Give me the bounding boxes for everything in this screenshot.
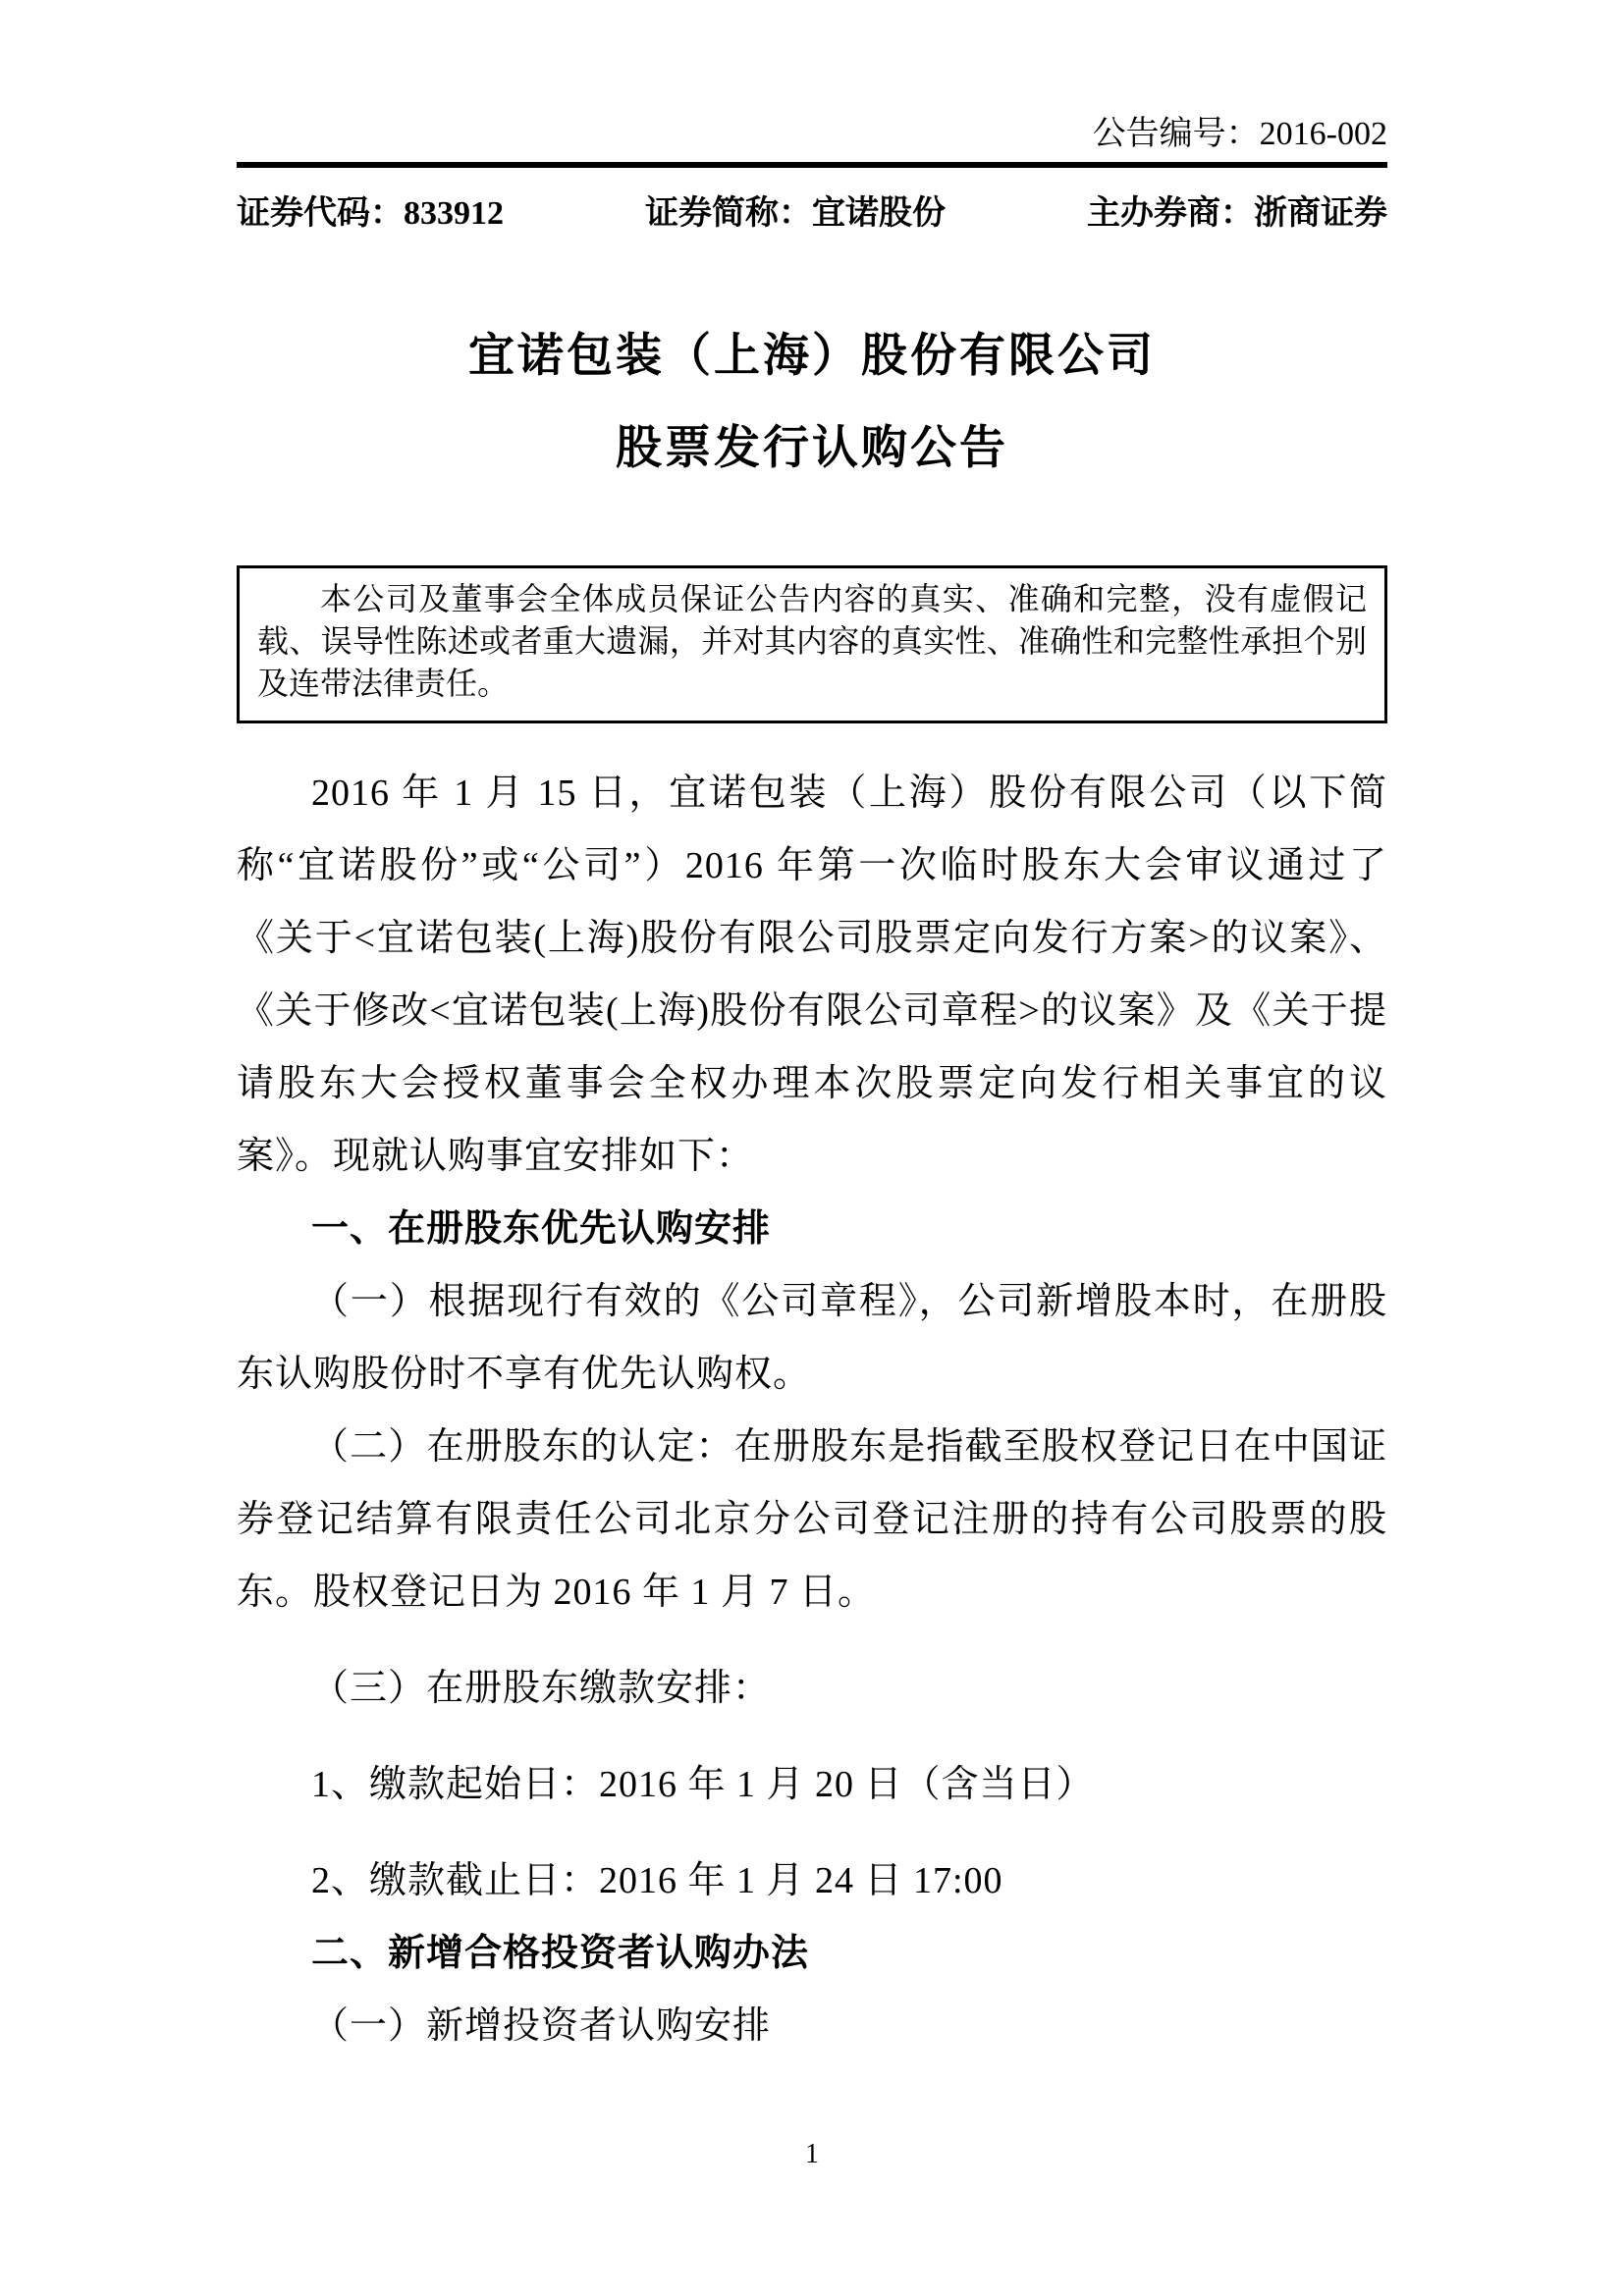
section-1-item-1: （一）根据现行有效的《公司章程》，公司新增股本时，在册股东认购股份时不享有优先认… — [237, 1265, 1387, 1411]
payment-start-date-line: 1、缴款起始日：2016 年 1 月 20 日（含当日） — [237, 1748, 1387, 1821]
announcement-number: 公告编号：2016-002 — [237, 0, 1387, 156]
section-1-item-3: （三）在册股东缴款安排： — [237, 1652, 1387, 1725]
company-name-title: 宜诺包装（上海）股份有限公司 — [237, 329, 1387, 384]
section-1-heading: 一、在册股东优先认购安排 — [237, 1193, 1387, 1265]
sponsor-broker: 主办券商：浙商证券 — [1087, 193, 1387, 236]
section-1-item-2: （二）在册股东的认定：在册股东是指截至股权登记日在中国证券登记结算有限责任公司北… — [237, 1411, 1387, 1629]
securities-info-row: 证券代码：833912 证券简称：宜诺股份 主办券商：浙商证券 — [237, 193, 1387, 236]
section-2-item-1: （一）新增投资者认购安排 — [237, 1990, 1387, 2062]
section-2-heading: 二、新增合格投资者认购办法 — [237, 1917, 1387, 1990]
announcement-title: 股票发行认购公告 — [237, 421, 1387, 476]
document-page: 公告编号：2016-002 证券代码：833912 证券简称：宜诺股份 主办券商… — [0, 0, 1624, 2296]
page-content: 公告编号：2016-002 证券代码：833912 证券简称：宜诺股份 主办券商… — [237, 0, 1387, 2062]
document-body: 2016 年 1 月 15 日，宜诺包装（上海）股份有限公司（以下简称“宜诺股份… — [237, 757, 1387, 2062]
page-number: 1 — [0, 2139, 1624, 2170]
stock-short-name: 证券简称：宜诺股份 — [645, 193, 946, 236]
stock-code: 证券代码：833912 — [237, 193, 504, 236]
header-divider — [237, 162, 1387, 168]
intro-paragraph: 2016 年 1 月 15 日，宜诺包装（上海）股份有限公司（以下简称“宜诺股份… — [237, 757, 1387, 1193]
payment-end-date-line: 2、缴款截止日：2016 年 1 月 24 日 17:00 — [237, 1844, 1387, 1917]
disclaimer-text: 本公司及董事会全体成员保证公告内容的真实、准确和完整，没有虚假记载、误导性陈述或… — [257, 578, 1367, 705]
disclaimer-box: 本公司及董事会全体成员保证公告内容的真实、准确和完整，没有虚假记载、误导性陈述或… — [237, 565, 1387, 723]
